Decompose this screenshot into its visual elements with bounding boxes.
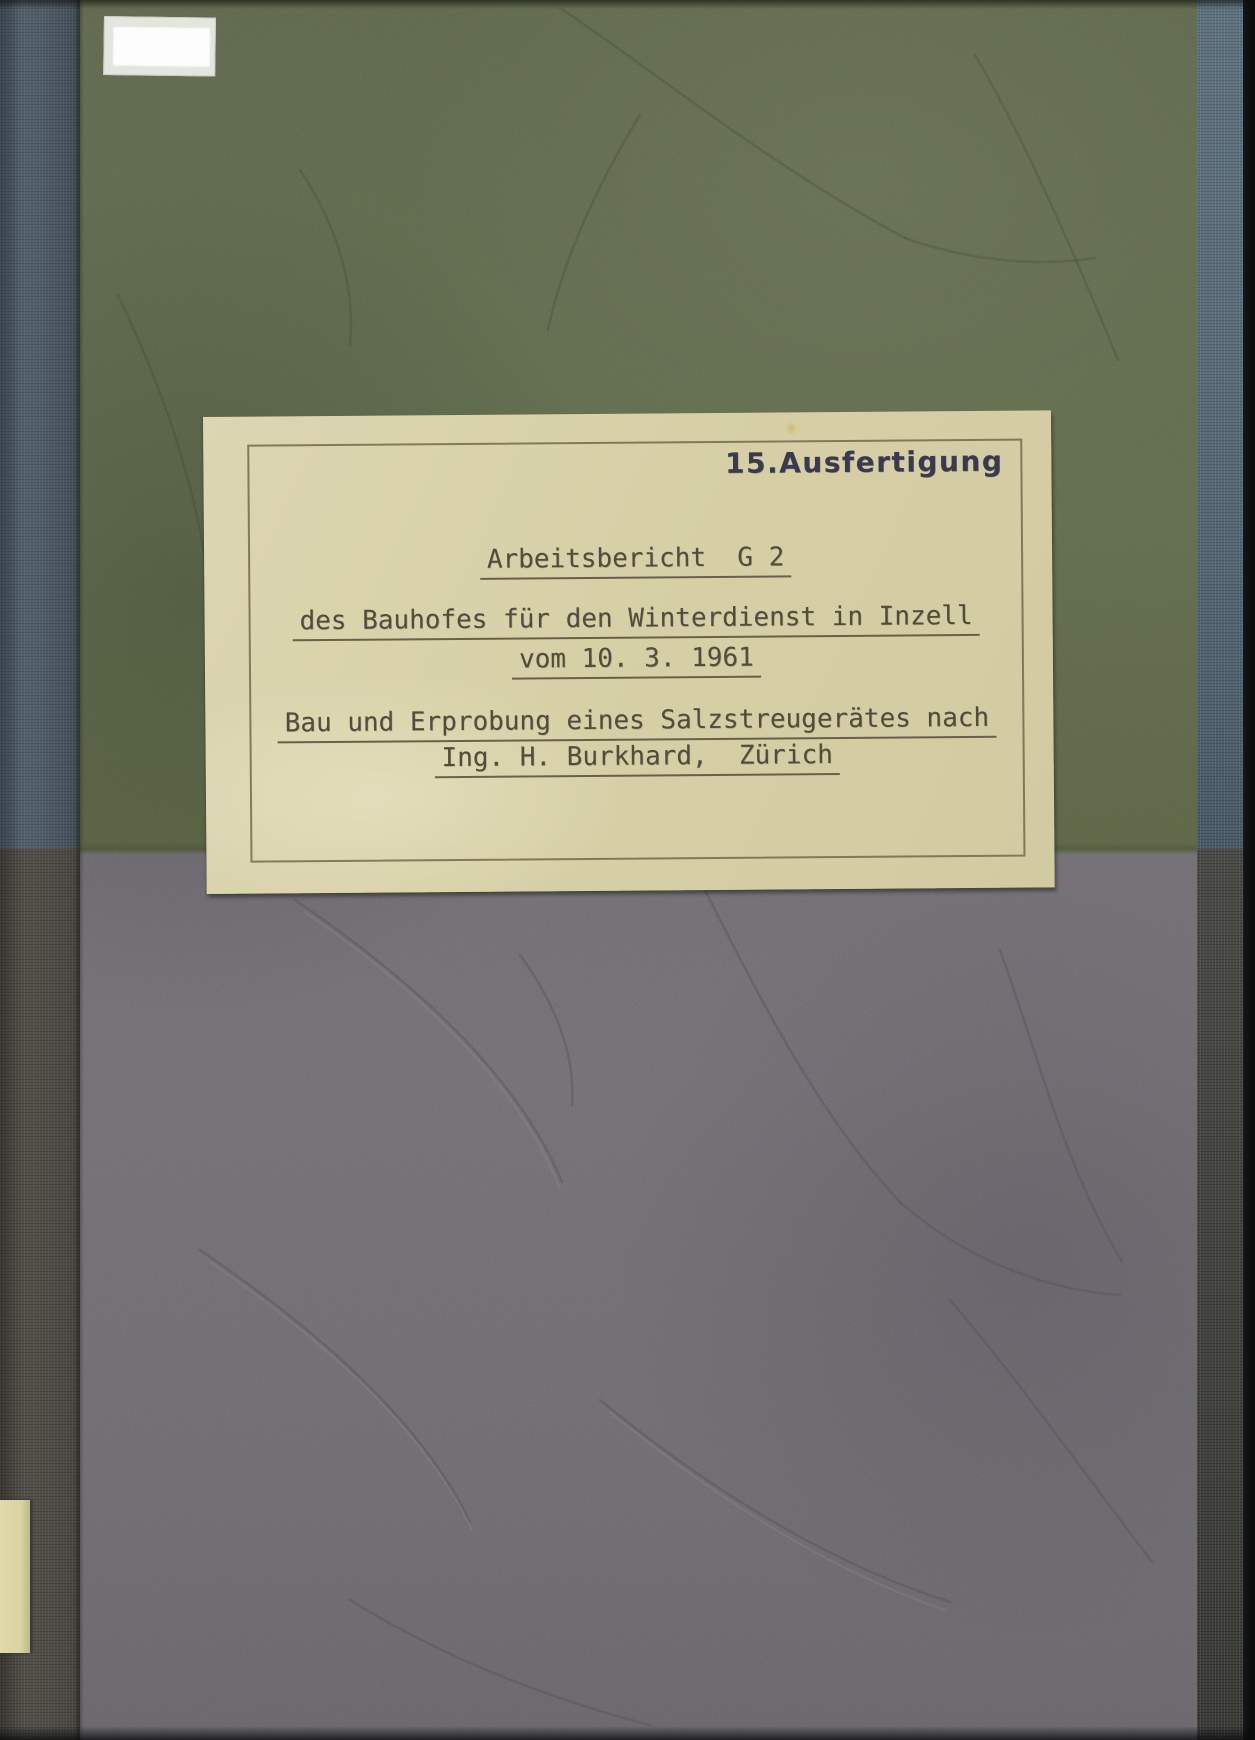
inventory-sticker-blank-face <box>112 26 211 67</box>
top-edge-shadow <box>0 0 1255 9</box>
title-line-issuer: des Bauhofes für den Winterdienst in Inz… <box>248 601 1023 642</box>
title-line-engineer: Ing. H. Burkhard, Zürich <box>250 739 1025 780</box>
bottom-edge-shadow <box>0 1726 1255 1740</box>
title-line-report-number: Arbeitsbericht G 2 <box>248 541 1023 582</box>
fore-edge-fabric-upper <box>1197 0 1245 849</box>
spine-seam-shadow <box>74 0 84 1740</box>
inventory-sticker <box>103 16 216 77</box>
title-line-subject: Bau und Erprobung eines Salzstreugerätes… <box>249 703 1024 744</box>
title-label: 15.Ausfertigung Arbeitsbericht G 2 des B… <box>203 410 1055 894</box>
scan-background-edge <box>1243 0 1255 1740</box>
bookmark-tab <box>0 1500 30 1653</box>
copy-number: 15.Ausfertigung <box>725 445 1004 480</box>
spine-cloth-upper <box>0 0 80 849</box>
fore-edge-fabric-lower <box>1197 849 1245 1740</box>
stain <box>783 418 799 438</box>
scanned-report-cover: 15.Ausfertigung Arbeitsbericht G 2 des B… <box>0 0 1255 1740</box>
title-line-date: vom 10. 3. 1961 <box>249 641 1024 682</box>
